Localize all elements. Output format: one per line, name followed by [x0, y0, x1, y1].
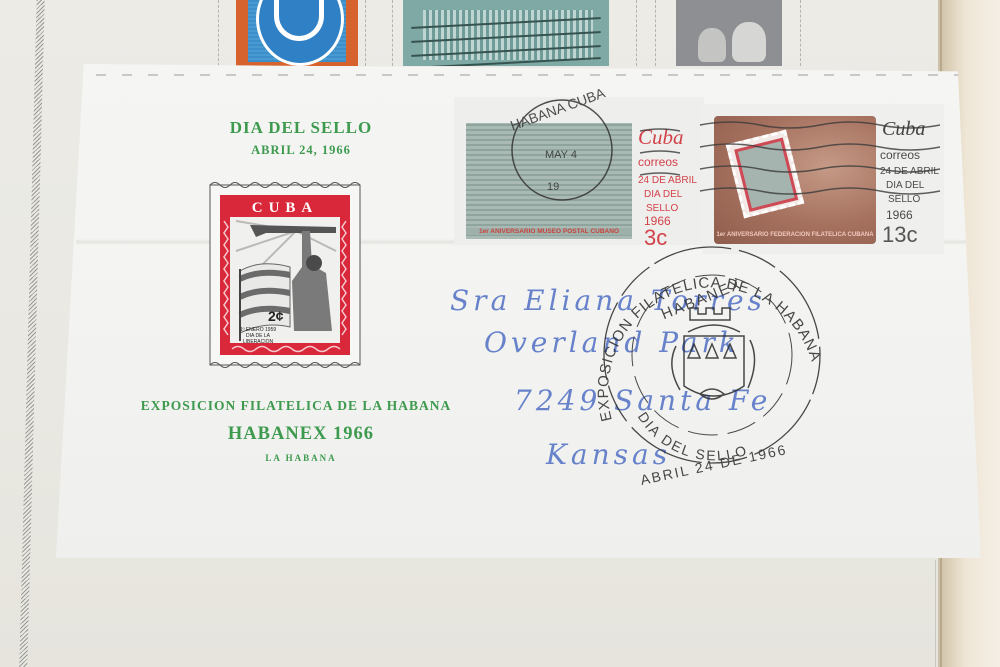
- cachet-title: DIA DEL SELLO: [176, 118, 426, 138]
- address-line-1: Sra Eliana Torres: [450, 284, 766, 317]
- mount-guide-line: [365, 0, 366, 66]
- mount-guide-line: [655, 0, 656, 66]
- stamp-13c-federacion-filatelica: 1er ANIVERSARIO FEDERACION FILATELICA CU…: [702, 104, 944, 254]
- philatelist-illustration: [714, 116, 876, 244]
- envelope-tape-residue: [96, 74, 966, 76]
- cachet-city: LA HABANA: [226, 453, 376, 463]
- stamp-text-line: 24 DE ABRIL: [880, 166, 939, 177]
- mount-guide-line: [218, 0, 219, 66]
- stamp-country: Cuba: [882, 118, 925, 141]
- stamp-text-line: DIA DEL: [886, 180, 924, 191]
- stamp-country: Cuba: [638, 125, 684, 150]
- stamp-value: 3c: [644, 225, 667, 251]
- building-stamp: [403, 0, 609, 66]
- address-line-2: Overland Park: [484, 326, 740, 359]
- stamp-service: correos: [880, 148, 920, 162]
- svg-text:2¢: 2¢: [268, 308, 284, 324]
- dog-icon: [732, 22, 766, 62]
- stamp-text-line: SELLO: [888, 194, 920, 205]
- address-line-4: Kansas: [546, 438, 671, 471]
- stamp-year: 1966: [886, 208, 913, 222]
- dogs-stamp: [676, 0, 782, 66]
- stamp-caption: 1er ANIVERSARIO MUSEO POSTAL CUBANO: [466, 228, 632, 235]
- dog-icon: [698, 28, 726, 62]
- cachet-exhibition: EXPOSICION FILATELICA DE LA HABANA: [76, 398, 516, 414]
- stamp-text-line: DIA DEL: [644, 189, 682, 200]
- svg-text:CUBA: CUBA: [252, 200, 319, 216]
- cachet-stamp-illustration: CUBA 2¢ 1º ENERO 1959 DIA DE LA LIBERACI…: [206, 181, 364, 369]
- cachet-date: ABRIL 24, 1966: [176, 143, 426, 158]
- svg-text:LIBERACION: LIBERACION: [243, 339, 274, 345]
- stamp-caption: 1er ANIVERSARIO FEDERACION FILATELICA CU…: [714, 232, 876, 238]
- album-page-line: [935, 560, 936, 667]
- posthorn-stamp: [236, 0, 358, 66]
- stamp-text-line: 24 DE ABRIL: [638, 175, 697, 186]
- mount-guide-line: [800, 0, 801, 66]
- cachet-event: HABANEX 1966: [176, 424, 426, 445]
- album-page-border: [19, 0, 44, 667]
- stamp-text-line: SELLO: [646, 203, 678, 214]
- mount-guide-line: [636, 0, 637, 66]
- stamp-3c-museo-postal: 1er ANIVERSARIO MUSEO POSTAL CUBANO Cuba…: [454, 97, 704, 245]
- mount-guide-line: [392, 0, 393, 66]
- first-day-cover: DIA DEL SELLO ABRIL 24, 1966 CUBA: [56, 64, 981, 558]
- stamp-service: correos: [638, 155, 678, 169]
- museum-illustration: [466, 123, 632, 239]
- stamp-value: 13c: [882, 222, 917, 248]
- address-line-3: 7249 Santa Fe: [514, 384, 771, 417]
